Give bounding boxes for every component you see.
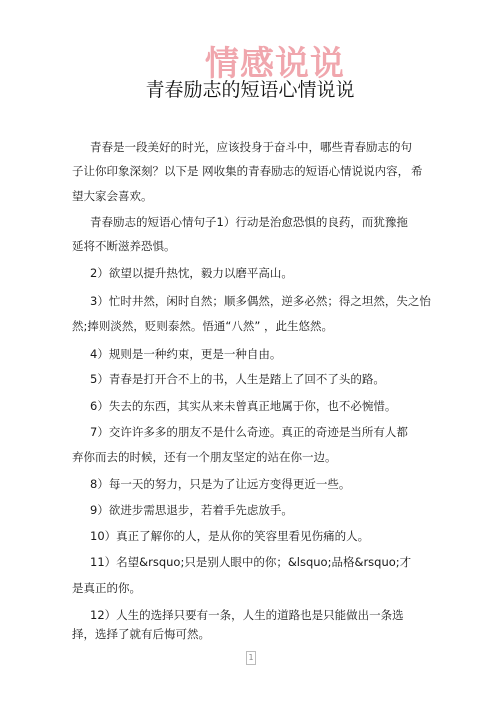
item-line: 4）规则是一种约束，更是一种自由。 [90, 346, 281, 362]
item-line: 弃你而去的时候，还有一个朋友坚定的站在你一边。 [72, 449, 337, 465]
item-line: 9）欲进步需思退步，若着手先虑放手。 [90, 502, 293, 518]
item-line: 5）青春是打开合不上的书，人生是踏上了回不了头的路。 [90, 371, 385, 387]
item-line: 11）名望&rsquo;只是别人眼中的你；&lsquo;品格&rsquo;才 [90, 554, 411, 570]
item-line: 青春励志的短语心情句子1）行动是治愈恐惧的良药，而犹豫拖 [90, 214, 408, 230]
item-line: 12）人生的选择只要有一条，人生的道路也是只能做出一条选 [90, 607, 404, 623]
item-line: 是真正的你。 [72, 580, 141, 596]
item-line: 7）交许许多多的朋友不是什么奇迹。真正的奇迹是当所有人都 [90, 424, 408, 440]
item-line: 3）忙时井然，闲时自然；顺多偶然，逆多必然；得之坦然，失之怡 [90, 293, 431, 309]
item-line: 2）欲望以提升热忱，毅力以磨平高山。 [90, 265, 293, 281]
item-line: 8）每一天的努力，只是为了让远方变得更近一些。 [90, 476, 350, 492]
intro-line: 望大家会喜欢。 [72, 188, 153, 204]
intro-line: 青春是一段美好的时光，应该投身于奋斗中，哪些青春励志的句 [90, 139, 412, 155]
document-title: 青春励志的短语心情说说 [0, 78, 500, 102]
intro-line-tail: 希 [411, 163, 423, 179]
page-number: 1 [246, 651, 256, 665]
item-line: 延将不断滋养恐惧。 [72, 238, 176, 254]
item-line: 10）真正了解你的人，是从你的笑容里看见伤痛的人。 [90, 528, 369, 544]
item-line: 然;捧则淡然，贬则泰然。悟通“八然” ，此生悠然。 [72, 318, 333, 334]
item-line: 6）失去的东西，其实从来未曾真正地属于你，也不必惋惜。 [90, 398, 396, 414]
intro-line: 子让你印象深刻？以下是 网收集的青春励志的短语心情说说内容， [72, 163, 409, 179]
item-line: 择，选择了就有后悔可然。 [72, 626, 210, 642]
